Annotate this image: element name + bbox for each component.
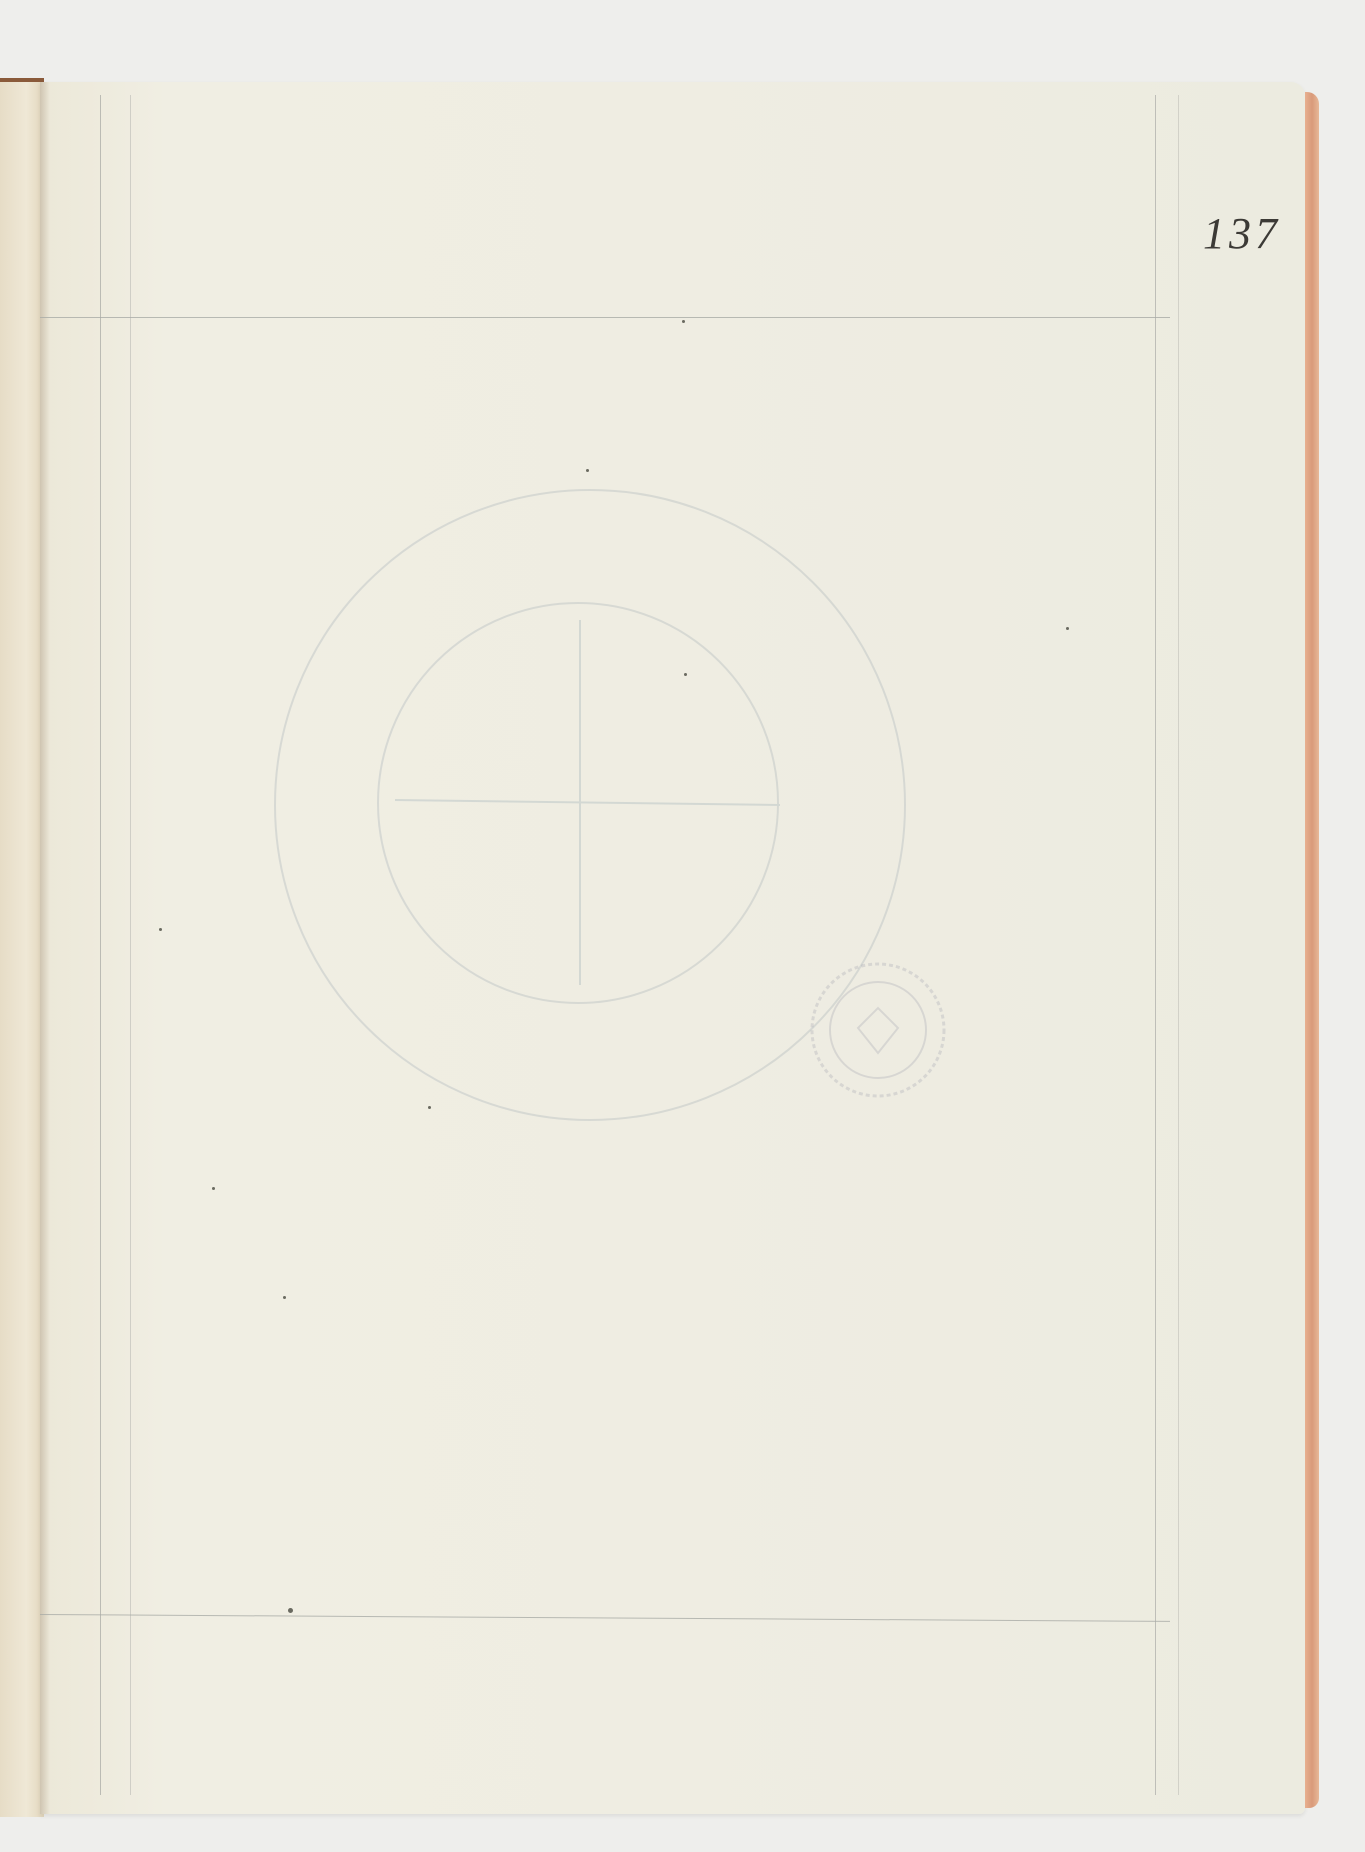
page-edge-gilt [1305,92,1319,1808]
speck [586,469,589,472]
spine-shadow [40,82,50,1814]
left-margin-rule [100,95,101,1795]
speck [684,673,687,676]
speck [288,1608,293,1613]
speck [1066,627,1069,630]
library-stamp-icon [808,958,948,1103]
speck [159,928,162,931]
speck [283,1296,286,1299]
right-margin-rule [1178,95,1179,1795]
page-number: 137 [1203,208,1281,259]
right-margin-rule-inner [1155,95,1156,1795]
left-margin-rule-inner [130,95,131,1795]
speck [682,320,685,323]
top-margin-rule [40,317,1170,318]
speck [212,1187,215,1190]
facing-left-page [0,78,44,1817]
speck [428,1106,431,1109]
